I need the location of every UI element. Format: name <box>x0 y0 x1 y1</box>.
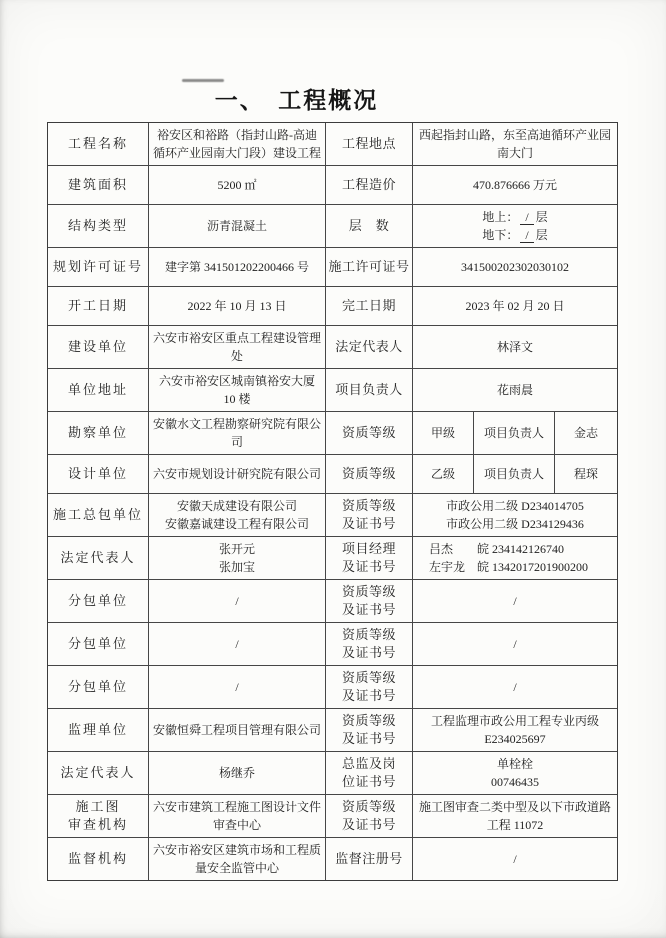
cell-line: 张加宝 <box>219 558 255 576</box>
cell-value: 乙级项目负责人程琛 <box>413 455 617 494</box>
cell-line: 法定代表人 <box>60 764 135 782</box>
cell-line: 及证书号 <box>342 515 396 533</box>
cell-label: 施工总包单位 <box>48 494 149 537</box>
cell-value: 甲级项目负责人金志 <box>413 412 617 455</box>
cell-label: 资质等级及证书号 <box>326 795 413 838</box>
cell-value: 市政公用二级 D234014705市政公用二级 D234129436 <box>413 494 617 537</box>
cell-label: 建设单位 <box>48 326 149 369</box>
cell-label: 完工日期 <box>326 287 413 326</box>
cell-line: 规划许可证号 <box>53 258 143 276</box>
cell-label: 工程名称 <box>48 123 149 166</box>
table-row: 监督机构六安市裕安区建筑市场和工程质量安全监管中心监督注册号/ <box>48 838 617 880</box>
cell-label: 施工许可证号 <box>326 248 413 287</box>
cell-value: 341500202302030102 <box>413 248 617 287</box>
cell-label: 资质等级及证书号 <box>326 623 413 666</box>
cell-value: 项目负责人 <box>473 455 555 493</box>
cell-line: 监督注册号 <box>335 850 403 868</box>
cell-value: 470.876666 万元 <box>413 166 617 205</box>
cell-line: 建字第 341501202200466 号 <box>165 258 309 276</box>
cell-value: 六安市裕安区重点工程建设管理处 <box>149 326 326 369</box>
document-page: 一、 工程概况 工程名称裕安区和裕路（指封山路-高迪循环产业园南大门段）建设工程… <box>0 0 666 938</box>
cell-line: 施工许可证号 <box>328 258 409 276</box>
cell-line: 分包单位 <box>68 678 128 696</box>
cell-line: / <box>513 635 516 653</box>
cell-value: 六安市裕安区城南镇裕安大厦 10 楼 <box>149 369 326 412</box>
table-row: 工程名称裕安区和裕路（指封山路-高迪循环产业园南大门段）建设工程工程地点西起指封… <box>48 123 617 166</box>
table-row: 法定代表人张开元张加宝项目经理及证书号吕杰 皖 234142126740左宇龙 … <box>48 537 617 580</box>
cell-line: 总监及岗 <box>342 755 396 773</box>
cell-line: 341500202302030102 <box>461 258 569 276</box>
cell-line: 法定代表人 <box>60 549 135 567</box>
cell-value: / <box>413 580 617 623</box>
page-title: 一、 工程概况 <box>215 82 379 115</box>
cell-line: 工程监理市政公用工程专业丙级 <box>431 712 599 730</box>
cell-value: 六安市建筑工程施工图设计文件审查中心 <box>149 795 326 838</box>
cell-line: 施工图审查二类中型及以下市政道路工程 11072 <box>416 798 614 834</box>
cell-line: 六安市裕安区建筑市场和工程质量安全监管中心 <box>152 841 322 877</box>
cell-line: 林泽文 <box>497 338 533 356</box>
cell-line: / <box>235 635 238 653</box>
table-row: 施工图审查机构六安市建筑工程施工图设计文件审查中心资质等级及证书号施工图审查二类… <box>48 795 617 838</box>
cell-line: 5200 ㎡ <box>217 176 256 194</box>
cell-line: 及证书号 <box>342 687 396 705</box>
cell-label: 工程造价 <box>326 166 413 205</box>
cell-line: 资质等级 <box>342 583 396 601</box>
table-row: 结构类型沥青混凝土层 数地上：/层地下：/层 <box>48 205 617 248</box>
cell-line: 及证书号 <box>342 558 396 576</box>
cell-value: 六安市规划设计研究院有限公司 <box>149 455 326 494</box>
cell-label: 资质等级及证书号 <box>326 580 413 623</box>
cell-label: 开工日期 <box>48 287 149 326</box>
table-row: 分包单位/资质等级及证书号/ <box>48 623 617 666</box>
cell-line: 施工图 <box>75 798 120 816</box>
cell-label: 资质等级及证书号 <box>326 666 413 709</box>
cell-line: 单位地址 <box>68 381 128 399</box>
cell-line: 工程造价 <box>342 176 396 194</box>
cell-line: 六安市建筑工程施工图设计文件审查中心 <box>152 798 322 834</box>
cell-label: 资质等级及证书号 <box>326 709 413 752</box>
cell-value: 程琛 <box>555 455 617 493</box>
cell-value: 项目负责人 <box>473 412 555 454</box>
cell-line: 张开元 <box>219 540 255 558</box>
cell-line: 单栓栓 <box>497 755 533 773</box>
table-row: 勘察单位安徽水文工程勘察研究院有限公司资质等级甲级项目负责人金志 <box>48 412 617 455</box>
cell-value: 六安市裕安区建筑市场和工程质量安全监管中心 <box>149 838 326 880</box>
cell-line: 设计单位 <box>68 465 128 483</box>
cell-label: 勘察单位 <box>48 412 149 455</box>
cell-line: 沥青混凝土 <box>207 217 267 235</box>
table-row: 分包单位/资质等级及证书号/ <box>48 580 617 623</box>
cell-value: 林泽文 <box>413 326 617 369</box>
cell-value: 杨继乔 <box>149 752 326 795</box>
cell-line: E234025697 <box>484 730 545 748</box>
cell-value: 施工图审查二类中型及以下市政道路工程 11072 <box>413 795 617 838</box>
cell-line: 杨继乔 <box>219 764 255 782</box>
cell-label: 层 数 <box>326 205 413 248</box>
cell-value: 安徽天成建设有限公司安徽嘉诚建设工程有限公司 <box>149 494 326 537</box>
table-row: 开工日期2022 年 10 月 13 日完工日期2023 年 02 月 20 日 <box>48 287 617 326</box>
cell-value: 2022 年 10 月 13 日 <box>149 287 326 326</box>
cell-label: 法定代表人 <box>326 326 413 369</box>
cell-line: 资质等级 <box>342 424 396 442</box>
cell-label: 法定代表人 <box>48 752 149 795</box>
cell-line: / <box>513 850 516 868</box>
cell-line: 00746435 <box>491 773 539 791</box>
cell-value: 沥青混凝土 <box>149 205 326 248</box>
project-table: 工程名称裕安区和裕路（指封山路-高迪循环产业园南大门段）建设工程工程地点西起指封… <box>47 122 618 881</box>
cell-value: 吕杰 皖 234142126740左宇龙 皖 1342017201900200 <box>413 537 617 580</box>
cell-line: 市政公用二级 D234129436 <box>446 515 584 533</box>
cell-label: 结构类型 <box>48 205 149 248</box>
cell-line: 六安市规划设计研究院有限公司 <box>153 465 321 483</box>
table-row: 规划许可证号建字第 341501202200466 号施工许可证号3415002… <box>48 248 617 287</box>
cell-label: 建筑面积 <box>48 166 149 205</box>
cell-line: 及证书号 <box>342 644 396 662</box>
cell-line: 2022 年 10 月 13 日 <box>187 297 286 315</box>
cell-line: / <box>235 592 238 610</box>
cell-value: 乙级 <box>413 455 473 493</box>
cell-value: / <box>413 838 617 880</box>
cell-line: 项目负责人 <box>335 381 403 399</box>
cell-line: 结构类型 <box>68 217 128 235</box>
cell-label: 资质等级及证书号 <box>326 494 413 537</box>
cell-label: 施工图审查机构 <box>48 795 149 838</box>
table-row: 法定代表人杨继乔总监及岗位证书号单栓栓00746435 <box>48 752 617 795</box>
cell-line: 位证书号 <box>342 773 396 791</box>
cell-value: 工程监理市政公用工程专业丙级E234025697 <box>413 709 617 752</box>
cell-line: 分包单位 <box>68 635 128 653</box>
cell-line: 资质等级 <box>342 626 396 644</box>
cell-line: 安徽嘉诚建设工程有限公司 <box>165 515 309 533</box>
cell-label: 规划许可证号 <box>48 248 149 287</box>
cell-line: 审查机构 <box>68 816 128 834</box>
title-row: 一、 工程概况 <box>47 82 618 115</box>
table-row: 设计单位六安市规划设计研究院有限公司资质等级乙级项目负责人程琛 <box>48 455 617 494</box>
cell-label: 分包单位 <box>48 580 149 623</box>
cell-value: / <box>149 666 326 709</box>
cell-line: 六安市裕安区城南镇裕安大厦 10 楼 <box>152 372 322 408</box>
cell-label: 监督注册号 <box>326 838 413 880</box>
cell-label: 资质等级 <box>326 412 413 455</box>
cell-value: 花雨晨 <box>413 369 617 412</box>
cell-line: 工程名称 <box>68 135 128 153</box>
cell-value: 5200 ㎡ <box>149 166 326 205</box>
cell-line: 施工总包单位 <box>53 506 143 524</box>
cell-line: 监理单位 <box>68 721 128 739</box>
table-row: 施工总包单位安徽天成建设有限公司安徽嘉诚建设工程有限公司资质等级及证书号市政公用… <box>48 494 617 537</box>
cell-value: 安徽水文工程勘察研究院有限公司 <box>149 412 326 455</box>
cell-value: 甲级 <box>413 412 473 454</box>
table-row: 单位地址六安市裕安区城南镇裕安大厦 10 楼项目负责人花雨晨 <box>48 369 617 412</box>
slash-value: / <box>520 229 533 243</box>
cell-line: 及证书号 <box>342 730 396 748</box>
cell-line: 工程地点 <box>342 135 396 153</box>
cell-line: 裕安区和裕路（指封山路-高迪循环产业园南大门段）建设工程 <box>152 126 322 162</box>
cell-label: 项目负责人 <box>326 369 413 412</box>
slash-value: / <box>520 211 533 225</box>
cell-value: / <box>413 623 617 666</box>
cell-line: 资质等级 <box>342 669 396 687</box>
cell-value: 2023 年 02 月 20 日 <box>413 287 617 326</box>
cell-line: 2023 年 02 月 20 日 <box>465 297 564 315</box>
cell-label: 监理单位 <box>48 709 149 752</box>
cell-line: 分包单位 <box>68 592 128 610</box>
cell-line: 监督机构 <box>68 850 128 868</box>
cell-line: 开工日期 <box>68 297 128 315</box>
cell-line: 资质等级 <box>342 712 396 730</box>
cell-value: 地上：/层地下：/层 <box>413 205 617 248</box>
cell-line: 花雨晨 <box>497 381 533 399</box>
cell-line: 层 数 <box>349 217 390 235</box>
cell-label: 总监及岗位证书号 <box>326 752 413 795</box>
table-row: 建设单位六安市裕安区重点工程建设管理处法定代表人林泽文 <box>48 326 617 369</box>
cell-line: 建设单位 <box>68 338 128 356</box>
cell-line: 完工日期 <box>342 297 396 315</box>
floor-line: 地上：/层 <box>482 208 547 226</box>
cell-value: 西起指封山路，东至高迪循环产业园南大门 <box>413 123 617 166</box>
cell-label: 法定代表人 <box>48 537 149 580</box>
cell-value: / <box>149 623 326 666</box>
cell-label: 分包单位 <box>48 623 149 666</box>
cell-line: 项目经理 <box>342 540 396 558</box>
cell-line: 市政公用二级 D234014705 <box>446 497 584 515</box>
cell-line: / <box>513 678 516 696</box>
cell-line: 资质等级 <box>342 465 396 483</box>
cell-line: 吕杰 皖 234142126740 <box>429 540 564 558</box>
cell-line: / <box>235 678 238 696</box>
cell-label: 设计单位 <box>48 455 149 494</box>
table-row: 分包单位/资质等级及证书号/ <box>48 666 617 709</box>
table-row: 监理单位安徽恒舜工程项目管理有限公司资质等级及证书号工程监理市政公用工程专业丙级… <box>48 709 617 752</box>
cell-line: 建筑面积 <box>68 176 128 194</box>
cell-line: / <box>513 592 516 610</box>
cell-value: 裕安区和裕路（指封山路-高迪循环产业园南大门段）建设工程 <box>149 123 326 166</box>
cell-line: 安徽天成建设有限公司 <box>177 497 297 515</box>
table-row: 建筑面积5200 ㎡工程造价470.876666 万元 <box>48 166 617 205</box>
cell-line: 勘察单位 <box>68 424 128 442</box>
cell-line: 西起指封山路，东至高迪循环产业园南大门 <box>416 126 614 162</box>
cell-line: 左宇龙 皖 1342017201900200 <box>429 558 588 576</box>
cell-label: 资质等级 <box>326 455 413 494</box>
cell-value: 单栓栓00746435 <box>413 752 617 795</box>
floor-line: 地下：/层 <box>482 226 547 244</box>
cell-label: 工程地点 <box>326 123 413 166</box>
cell-value: 安徽恒舜工程项目管理有限公司 <box>149 709 326 752</box>
cell-line: 资质等级 <box>342 497 396 515</box>
cell-label: 分包单位 <box>48 666 149 709</box>
cell-label: 单位地址 <box>48 369 149 412</box>
cell-value: 建字第 341501202200466 号 <box>149 248 326 287</box>
cell-line: 470.876666 万元 <box>473 176 557 194</box>
cell-line: 及证书号 <box>342 601 396 619</box>
cell-line: 六安市裕安区重点工程建设管理处 <box>152 329 322 365</box>
cell-label: 项目经理及证书号 <box>326 537 413 580</box>
cell-label: 监督机构 <box>48 838 149 880</box>
cell-value: 张开元张加宝 <box>149 537 326 580</box>
cell-line: 安徽水文工程勘察研究院有限公司 <box>152 415 322 451</box>
cell-line: 法定代表人 <box>335 338 403 356</box>
cell-value: / <box>413 666 617 709</box>
cell-line: 安徽恒舜工程项目管理有限公司 <box>153 721 321 739</box>
cell-line: 资质等级 <box>342 798 396 816</box>
cell-line: 及证书号 <box>342 816 396 834</box>
cell-value: 金志 <box>555 412 617 454</box>
cell-value: / <box>149 580 326 623</box>
